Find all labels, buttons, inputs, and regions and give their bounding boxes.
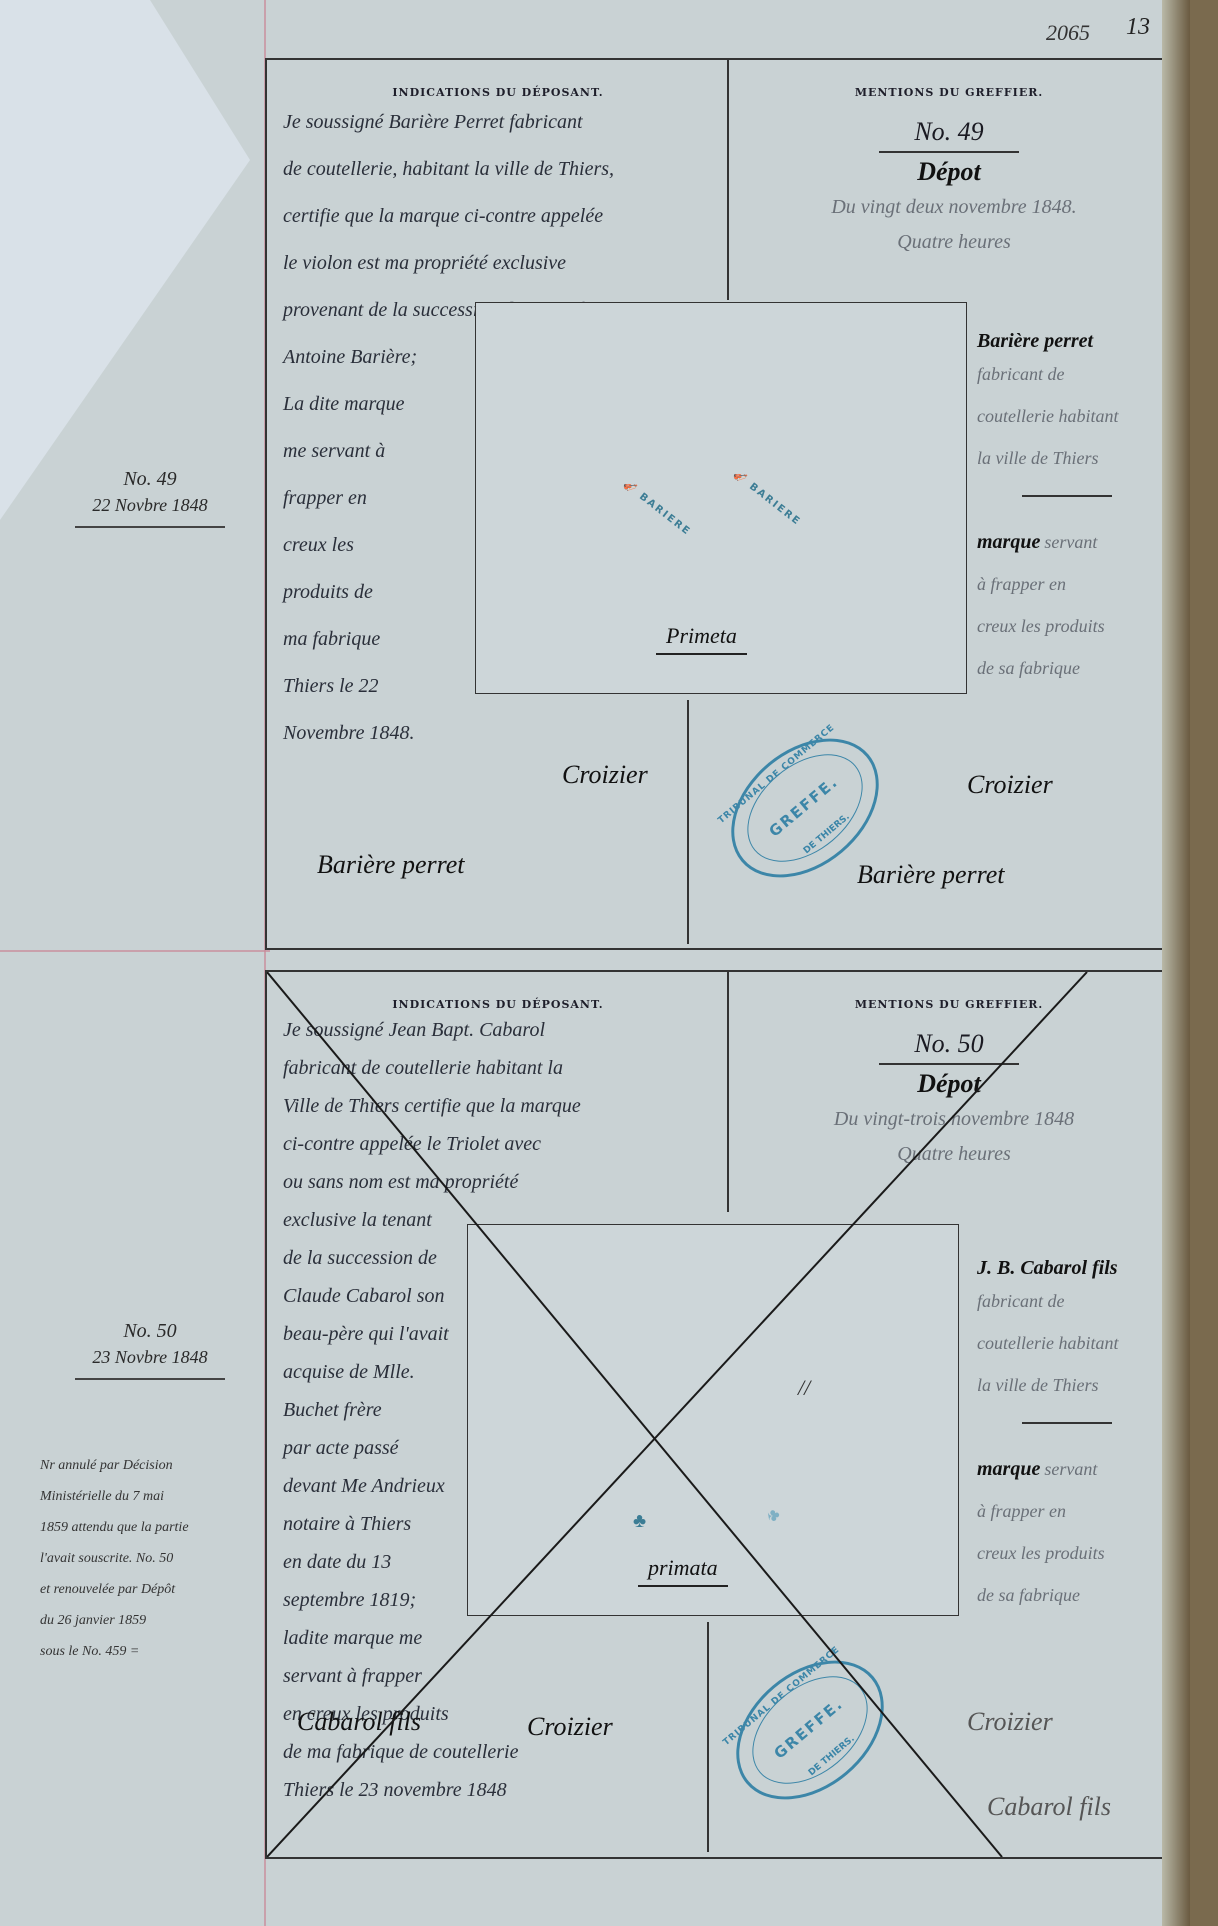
mark-name: Primeta [656, 623, 747, 655]
text-line: servant à frapper [283, 1657, 723, 1695]
trefoil-icon: ♣ [633, 1510, 646, 1533]
text-line: de sa fabrique [977, 647, 1157, 689]
text-line: Thiers le 23 novembre 1848 [283, 1771, 723, 1809]
violin-icon: 🎻 BARIERE [731, 469, 802, 528]
text-line: certifie que la marque ci-contre appelée [283, 193, 723, 240]
depositor-name: Barière perret [977, 330, 1157, 353]
text-line: de coutellerie, habitant la ville de Thi… [283, 146, 723, 193]
column-divider [727, 972, 729, 1212]
divider [1022, 495, 1112, 497]
text-line: Je soussigné Jean Bapt. Cabarol [283, 1011, 723, 1049]
clerk-signature-right: Croizier [967, 770, 1053, 800]
clerk-column: MENTIONS DU GREFFIER. No. 50 Dépot Du vi… [737, 978, 1161, 1208]
mark-name: primata [638, 1555, 728, 1587]
margin-number: No. 50 [60, 1320, 240, 1343]
text-line: sous le No. 459 = [40, 1636, 240, 1667]
deposit-date: Du vingt deux novembre 1848. [737, 187, 1161, 227]
depositor-header: INDICATIONS DU DÉPOSANT. [273, 998, 723, 1011]
margin-date: 23 Novbre 1848 [60, 1347, 240, 1368]
text-line: et renouvelée par Dépôt [40, 1574, 240, 1605]
text-line: de sa fabrique [977, 1574, 1157, 1616]
clerk-column: MENTIONS DU GREFFIER. No. 49 Dépot Du vi… [737, 66, 1161, 296]
marque-label: marque [977, 1458, 1040, 1480]
text-line: servant [1044, 532, 1097, 552]
text-line: creux les produits [977, 1532, 1157, 1574]
clerk-header: MENTIONS DU GREFFIER. [737, 86, 1161, 99]
trademark-box: // ♣ ♣ primata [467, 1224, 959, 1616]
text-line: Novembre 1848. [283, 710, 723, 757]
deposit-label: Dépot [737, 157, 1161, 187]
clerk-signature: Croizier [562, 760, 648, 790]
paper-flap [0, 0, 250, 520]
text-line: servant [1044, 1459, 1097, 1479]
depositor-signature-right: Cabarol fils [987, 1792, 1111, 1822]
deposit-number: No. 50 [737, 1029, 1161, 1059]
text-line: Nr annulé par Décision [40, 1450, 240, 1481]
text-line: ci-contre appelée le Triolet avec [283, 1125, 723, 1163]
margin-entry-50: No. 50 23 Novbre 1848 [60, 1320, 240, 1390]
text-line: le violon est ma propriété exclusive [283, 240, 723, 287]
divider [1022, 1422, 1112, 1424]
depositor-signature: Cabarol fils [297, 1707, 421, 1737]
marque-label: marque [977, 531, 1040, 553]
deposit-time: Quatre heures [737, 1139, 1161, 1169]
divider [879, 151, 1019, 153]
divider [75, 1378, 225, 1380]
trefoil-icon: ♣ [763, 1508, 786, 1523]
text-line: à frapper en [977, 563, 1157, 605]
text-line: ladite marque me [283, 1619, 723, 1657]
old-page-number: 2065 [1046, 20, 1090, 46]
text-line: Ville de Thiers certifie que la marque [283, 1087, 723, 1125]
deposit-number: No. 49 [737, 117, 1161, 147]
court-registry-stamp: TRIBUNAL DE COMMERCE GREFFE. DE THIERS. [709, 1632, 911, 1828]
clerk-side-notes: Barière perret fabricant de coutellerie … [977, 330, 1157, 689]
cancellation-annotation: Nr annulé par Décision Ministérielle du … [40, 1450, 240, 1667]
deposit-date: Du vingt-trois novembre 1848 [737, 1099, 1161, 1139]
text-line: 1859 attendu que la partie [40, 1512, 240, 1543]
text-line: de ma fabrique de coutellerie [283, 1733, 723, 1771]
folio-number: 13 [1126, 14, 1150, 41]
text-line: la ville de Thiers [977, 1364, 1157, 1406]
text-line: Je soussigné Barière Perret fabricant [283, 99, 723, 146]
clerk-header: MENTIONS DU GREFFIER. [737, 998, 1161, 1011]
clerk-side-notes: J. B. Cabarol fils fabricant de coutelle… [977, 1257, 1157, 1616]
text-line: la ville de Thiers [977, 437, 1157, 479]
register-page: 2065 13 No. 49 22 Novbre 1848 INDICATION… [0, 0, 1190, 1926]
violin-icon: 🎻 BARIERE [621, 479, 692, 538]
text-line: du 26 janvier 1859 [40, 1605, 240, 1636]
text-line: fabricant de [977, 1280, 1157, 1322]
text-line: ou sans nom est ma propriété [283, 1163, 723, 1201]
clerk-signature-right: Croizier [967, 1707, 1053, 1737]
text-line: creux les produits [977, 605, 1157, 647]
depositor-signature-right: Barière perret [857, 860, 1005, 890]
margin-number: No. 49 [60, 468, 240, 491]
deposit-label: Dépot [737, 1069, 1161, 1099]
divider [75, 526, 225, 528]
text-line: coutellerie habitant [977, 395, 1157, 437]
text-line: coutellerie habitant [977, 1322, 1157, 1364]
deposit-time: Quatre heures [737, 227, 1161, 257]
text-line: Ministérielle du 7 mai [40, 1481, 240, 1512]
margin-entry-49: No. 49 22 Novbre 1848 [60, 468, 240, 538]
entry-49: INDICATIONS DU DÉPOSANT. Je soussigné Ba… [265, 58, 1169, 950]
depositor-signature: Barière perret [317, 850, 465, 880]
depositor-header: INDICATIONS DU DÉPOSANT. [273, 86, 723, 99]
ditto-mark: // [798, 1375, 810, 1401]
book-edge [1162, 0, 1190, 1926]
text-line: fabricant de [977, 353, 1157, 395]
margin-date: 22 Novbre 1848 [60, 495, 240, 516]
clerk-signature: Croizier [527, 1712, 613, 1742]
text-line: fabricant de coutellerie habitant la [283, 1049, 723, 1087]
entry-50: INDICATIONS DU DÉPOSANT. Je soussigné Je… [265, 970, 1169, 1859]
depositor-name: J. B. Cabarol fils [977, 1257, 1157, 1280]
margin-rule-horizontal [0, 950, 270, 952]
text-line: à frapper en [977, 1490, 1157, 1532]
divider [879, 1063, 1019, 1065]
text-line: l'avait souscrite. No. 50 [40, 1543, 240, 1574]
column-divider [727, 60, 729, 300]
trademark-box: 🎻 BARIERE 🎻 BARIERE Primeta [475, 302, 967, 694]
